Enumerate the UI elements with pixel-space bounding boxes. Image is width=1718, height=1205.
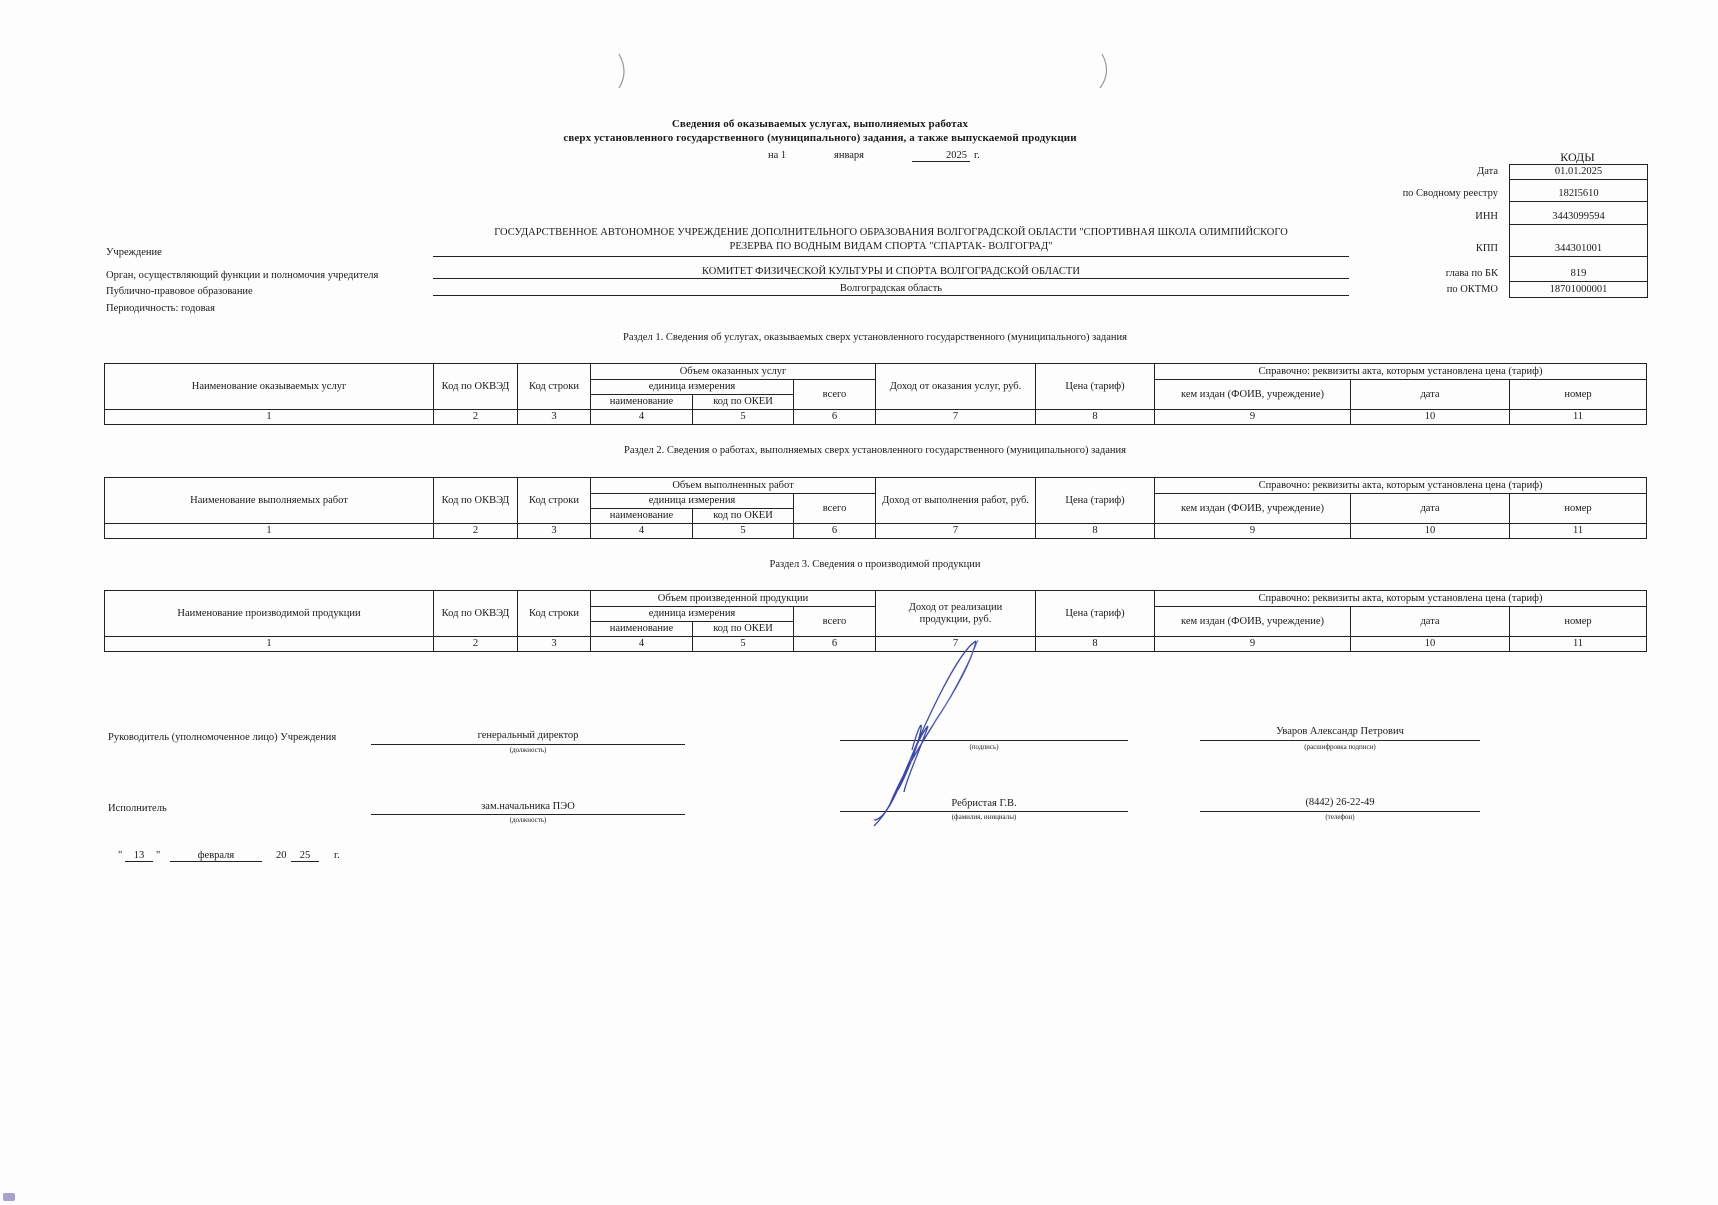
date-quote-open: " <box>118 850 122 861</box>
col-num: 8 <box>1036 410 1155 425</box>
column-numbers-row: 1 2 3 4 5 6 7 8 9 10 11 <box>105 410 1647 425</box>
col-num: 10 <box>1351 410 1510 425</box>
founder-label: Орган, осуществляющий функции и полномоч… <box>106 270 378 281</box>
ppo-value: Волгоградская область <box>433 283 1349 296</box>
section-3-caption: Раздел 3. Сведения о производимой продук… <box>0 559 1718 570</box>
col-num: 4 <box>591 637 693 652</box>
col-num: 1 <box>105 637 434 652</box>
code-bk-value: 819 <box>1510 256 1647 281</box>
col-num: 5 <box>693 637 794 652</box>
col-number: номер <box>1510 380 1647 410</box>
col-price: Цена (тариф) <box>1036 478 1155 524</box>
col-num: 1 <box>105 524 434 539</box>
document-title-line2: сверх установленного государственного (м… <box>0 132 1640 144</box>
group-volume: Объем оказанных услуг <box>591 364 876 380</box>
group-volume: Объем выполненных работ <box>591 478 876 494</box>
col-num: 3 <box>518 524 591 539</box>
code-oktmo-label: по ОКТМО <box>1447 284 1498 295</box>
code-registry-label: по Сводному реестру <box>1403 188 1498 199</box>
group-reference-act: Справочно: реквизиты акта, которым устан… <box>1155 591 1647 607</box>
institution-label: Учреждение <box>106 247 162 258</box>
group-reference-act: Справочно: реквизиты акта, которым устан… <box>1155 478 1647 494</box>
founder-value: КОМИТЕТ ФИЗИЧЕСКОЙ КУЛЬТУРЫ И СПОРТА ВОЛ… <box>433 266 1349 279</box>
date-year: 2025 <box>912 150 970 162</box>
col-num: 9 <box>1155 524 1351 539</box>
ppo-label: Публично-правовое образование <box>106 286 253 297</box>
code-kpp-label: КПП <box>1476 243 1498 254</box>
head-position-line <box>371 744 685 745</box>
col-total: всего <box>794 494 876 524</box>
executor-position-line <box>371 814 685 815</box>
code-inn-value: 3443099594 <box>1510 201 1647 224</box>
col-num: 5 <box>693 524 794 539</box>
col-okei: код по ОКЕИ <box>693 395 794 410</box>
col-unit-name: наименование <box>591 509 693 524</box>
group-unit: единица измерения <box>591 380 794 395</box>
sign-year: 25 <box>291 850 319 862</box>
col-num: 1 <box>105 410 434 425</box>
col-issuer: кем издан (ФОИВ, учреждение) <box>1155 494 1351 524</box>
codes-heading: КОДЫ <box>1509 150 1646 165</box>
col-date: дата <box>1351 494 1510 524</box>
col-date: дата <box>1351 380 1510 410</box>
col-num: 3 <box>518 637 591 652</box>
date-prefix: на 1 <box>768 150 786 161</box>
col-income: Доход от выполнения работ, руб. <box>876 478 1036 524</box>
col-num: 10 <box>1351 524 1510 539</box>
head-position-caption: (должность) <box>371 746 685 754</box>
col-name: Наименование выполняемых работ <box>105 478 434 524</box>
date-quote-close: " <box>156 850 160 861</box>
col-price: Цена (тариф) <box>1036 364 1155 410</box>
head-name-line <box>1200 740 1480 741</box>
col-row-code: Код строки <box>518 478 591 524</box>
group-unit: единица измерения <box>591 607 794 622</box>
col-num: 2 <box>434 637 518 652</box>
head-label: Руководитель (уполномоченное лицо) Учреж… <box>108 732 336 743</box>
code-registry-value: 182I5610 <box>1510 179 1647 201</box>
col-num: 2 <box>434 410 518 425</box>
codes-box: 01.01.2025 182I5610 3443099594 344301001… <box>1509 164 1648 298</box>
executor-phone-caption: (телефон) <box>1200 813 1480 821</box>
col-number: номер <box>1510 494 1647 524</box>
col-unit-name: наименование <box>591 622 693 637</box>
col-name: Наименование производимой продукции <box>105 591 434 637</box>
executor-position-caption: (должность) <box>371 816 685 824</box>
col-row-code: Код строки <box>518 364 591 410</box>
group-volume: Объем произведенной продукции <box>591 591 876 607</box>
col-income: Доход от оказания услуг, руб. <box>876 364 1036 410</box>
col-okei: код по ОКЕИ <box>693 622 794 637</box>
section-1-caption: Раздел 1. Сведения об услугах, оказываем… <box>0 332 1718 343</box>
col-num: 7 <box>876 524 1036 539</box>
col-num: 9 <box>1155 637 1351 652</box>
executor-label: Исполнитель <box>108 803 167 814</box>
institution-name-line1: ГОСУДАРСТВЕННОЕ АВТОНОМНОЕ УЧРЕЖДЕНИЕ ДО… <box>433 227 1349 238</box>
col-num: 8 <box>1036 524 1155 539</box>
document-title-line1: Сведения об оказываемых услугах, выполня… <box>0 118 1640 130</box>
code-oktmo-value: 18701000001 <box>1510 281 1647 297</box>
col-okved: Код по ОКВЭД <box>434 478 518 524</box>
code-date-value: 01.01.2025 <box>1510 165 1647 179</box>
sign-date-suffix: г. <box>334 850 340 861</box>
col-okved: Код по ОКВЭД <box>434 364 518 410</box>
scan-artifact-mark <box>3 1193 15 1201</box>
col-issuer: кем издан (ФОИВ, учреждение) <box>1155 607 1351 637</box>
punch-hole-mark-left <box>615 52 635 92</box>
col-num: 8 <box>1036 637 1155 652</box>
col-okved: Код по ОКВЭД <box>434 591 518 637</box>
signing-date: " 13 " февраля 20 25 г. <box>118 850 378 866</box>
section-2-caption: Раздел 2. Сведения о работах, выполняемы… <box>0 445 1718 456</box>
col-num: 2 <box>434 524 518 539</box>
head-position: генеральный директор <box>371 730 685 741</box>
col-unit-name: наименование <box>591 395 693 410</box>
executor-position: зам.начальника ПЭО <box>371 801 685 812</box>
executor-phone-line <box>1200 811 1480 812</box>
col-num: 11 <box>1510 524 1647 539</box>
col-okei: код по ОКЕИ <box>693 509 794 524</box>
head-name: Уваров Александр Петрович <box>1200 726 1480 737</box>
col-date: дата <box>1351 607 1510 637</box>
col-num: 4 <box>591 524 693 539</box>
col-issuer: кем издан (ФОИВ, учреждение) <box>1155 380 1351 410</box>
col-num: 4 <box>591 410 693 425</box>
date-month: января <box>834 150 864 161</box>
code-date-label: Дата <box>1477 166 1498 177</box>
col-price: Цена (тариф) <box>1036 591 1155 637</box>
col-total: всего <box>794 380 876 410</box>
report-date-line: на 1 января 2025 г. <box>768 150 1008 161</box>
code-inn-label: ИНН <box>1475 211 1498 222</box>
group-unit: единица измерения <box>591 494 794 509</box>
column-numbers-row: 1 2 3 4 5 6 7 8 9 10 11 <box>105 524 1647 539</box>
col-num: 5 <box>693 410 794 425</box>
group-reference-act: Справочно: реквизиты акта, которым устан… <box>1155 364 1647 380</box>
code-bk-label: глава по БК <box>1446 268 1498 279</box>
col-num: 6 <box>794 524 876 539</box>
col-num: 11 <box>1510 410 1647 425</box>
col-num: 11 <box>1510 637 1647 652</box>
col-num: 10 <box>1351 637 1510 652</box>
head-name-caption: (расшифровка подписи) <box>1200 743 1480 751</box>
handwritten-signature <box>860 630 980 840</box>
col-name: Наименование оказываемых услуг <box>105 364 434 410</box>
date-suffix: г. <box>974 150 980 161</box>
punch-hole-mark-right <box>1096 52 1116 92</box>
code-kpp-value: 344301001 <box>1510 224 1647 256</box>
section-2-table: Наименование выполняемых работ Код по ОК… <box>104 477 1647 539</box>
col-row-code: Код строки <box>518 591 591 637</box>
executor-phone: (8442) 26-22-49 <box>1200 797 1480 808</box>
periodicity: Периодичность: годовая <box>106 303 215 314</box>
col-num: 9 <box>1155 410 1351 425</box>
sign-month: февраля <box>170 850 262 862</box>
institution-underline <box>433 256 1349 257</box>
section-1-table: Наименование оказываемых услуг Код по ОК… <box>104 363 1647 425</box>
sign-century: 20 <box>276 850 287 861</box>
col-num: 6 <box>794 410 876 425</box>
sign-day: 13 <box>125 850 153 862</box>
col-number: номер <box>1510 607 1647 637</box>
institution-name-line2: РЕЗЕРВА ПО ВОДНЫМ ВИДАМ СПОРТА "СПАРТАК-… <box>433 241 1349 252</box>
col-num: 3 <box>518 410 591 425</box>
col-num: 7 <box>876 410 1036 425</box>
